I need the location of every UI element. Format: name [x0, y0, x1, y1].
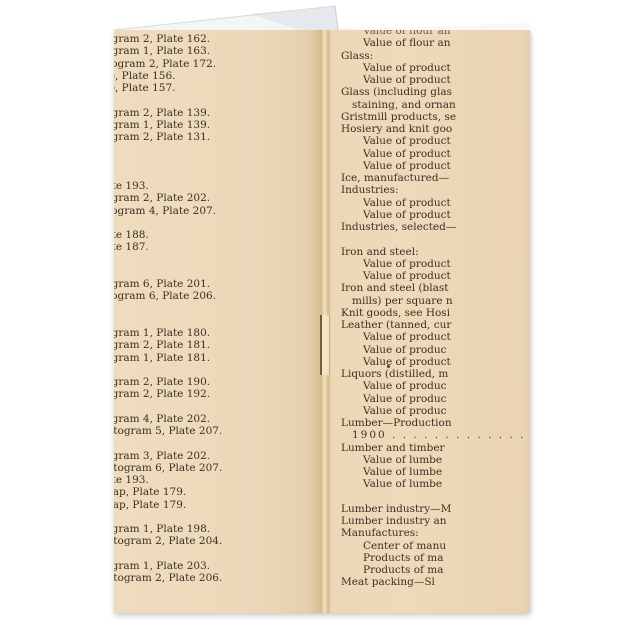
index-entry: Value of product: [363, 62, 451, 74]
index-entry: iagram 2, Plate 139.: [114, 107, 210, 119]
index-entry: Value of product: [363, 148, 451, 160]
index-entry: Value of product: [363, 270, 451, 282]
index-entry: iagram 3, Plate 202.: [114, 450, 210, 462]
index-entry: rtogram 4, Plate 207.: [114, 205, 216, 217]
index-entry: Industries, selected—: [341, 221, 456, 233]
index-entry: Lumber—Production: [341, 417, 452, 429]
index-entry: late 193.: [114, 474, 149, 486]
index-entry: artogram 2, Plate 206.: [114, 572, 222, 584]
index-entry: Meat packing—Sl: [341, 576, 435, 588]
index-entry: rtogram 2, Plate 172.: [114, 58, 216, 70]
index-entry: iagram 1, Plate 203.: [114, 560, 210, 572]
index-entry: Value of product: [363, 258, 451, 270]
index-entry: late 187.: [114, 241, 149, 253]
index-entry: Value of product: [363, 74, 451, 86]
index-entry: Value of lumbe: [363, 454, 442, 466]
index-entry: iagram 2, Plate 131.: [114, 131, 210, 143]
index-entry: Center of manu: [363, 540, 446, 552]
index-entry: Map, Plate 179.: [114, 486, 186, 498]
right-page: Value of flour anValue of flour anGlass:…: [321, 30, 530, 613]
index-entry: ap, Plate 156.: [114, 70, 176, 82]
index-entry: 1900 . . . . . . . . . . . . .: [352, 429, 526, 441]
right-edge-shade: [524, 30, 530, 613]
index-entry: iagram 2, Plate 190.: [114, 376, 210, 388]
index-entry: mills) per square n: [352, 295, 453, 307]
index-entry: Iron and steel (blast: [341, 282, 448, 294]
index-entry: Value of lumbe: [363, 478, 442, 490]
index-entry: Liquors (distilled, m: [341, 368, 448, 380]
index-entry: Value of produc: [363, 393, 447, 405]
index-entry: iagram 2, Plate 192.: [114, 388, 210, 400]
index-entry: Gristmill products, se: [341, 111, 456, 123]
index-entry: staining, and ornan: [352, 99, 456, 111]
greeting-card: iagram 2, Plate 162.iagram 1, Plate 163.…: [114, 30, 530, 613]
index-entry: iagram 2, Plate 202.: [114, 192, 210, 204]
index-entry: iagram 4, Plate 202.: [114, 413, 210, 425]
index-entry: late 193.: [114, 180, 149, 192]
index-entry: Value of flour an: [363, 37, 451, 49]
index-entry: Value of product: [363, 331, 451, 343]
index-entry: Hosiery and knit goo: [341, 123, 452, 135]
index-entry: artogram 6, Plate 207.: [114, 462, 222, 474]
index-entry: late 188.: [114, 229, 149, 241]
binding-tear: [320, 315, 330, 375]
index-entry: Glass:: [341, 50, 373, 62]
index-entry: Leather (tanned, cur: [341, 319, 451, 331]
index-entry: Value of product: [363, 197, 451, 209]
index-entry: Value of produc: [363, 344, 447, 356]
left-page: iagram 2, Plate 162.iagram 1, Plate 163.…: [114, 30, 321, 613]
index-entry: Value of product: [363, 160, 451, 172]
index-entry: Value of produc: [363, 380, 447, 392]
index-entry: Value of produc: [363, 405, 447, 417]
index-entry: Glass (including glas: [341, 86, 452, 98]
index-entry: Industries:: [341, 184, 399, 196]
index-entry: artogram 2, Plate 204.: [114, 535, 222, 547]
index-entry: Manufactures:: [341, 527, 419, 539]
index-entry: iagram 1, Plate 198.: [114, 523, 210, 535]
paper-speck: [387, 365, 390, 368]
index-entry: iagram 1, Plate 180.: [114, 327, 210, 339]
index-entry: Knit goods, see Hosi: [341, 307, 450, 319]
index-entry: iagram 1, Plate 139.: [114, 119, 210, 131]
index-entry: iagram 2, Plate 181.: [114, 339, 210, 351]
index-entry: iagram 1, Plate 181.: [114, 352, 210, 364]
index-entry: iagram 1, Plate 163.: [114, 45, 210, 57]
index-entry: rtogram 6, Plate 206.: [114, 290, 216, 302]
index-entry: Lumber industry an: [341, 515, 447, 527]
index-entry: Iron and steel:: [341, 246, 419, 258]
index-entry: Value of lumbe: [363, 466, 442, 478]
index-entry: iagram 6, Plate 201.: [114, 278, 210, 290]
index-entry: Value of flour an: [363, 30, 451, 37]
index-entry: artogram 5, Plate 207.: [114, 425, 222, 437]
index-entry: Products of ma: [363, 552, 443, 564]
index-entry: iagram 2, Plate 162.: [114, 33, 210, 45]
index-entry: Lumber and timber: [341, 442, 445, 454]
index-entry: Value of product: [363, 135, 451, 147]
index-entry: Ice, manufactured—: [341, 172, 449, 184]
index-entry: ap, Plate 157.: [114, 82, 176, 94]
index-entry: Value of product: [363, 356, 451, 368]
index-entry: Products of ma: [363, 564, 443, 576]
index-entry: Lumber industry—M: [341, 503, 451, 515]
index-entry: Value of product: [363, 209, 451, 221]
index-entry: Map, Plate 179.: [114, 499, 186, 511]
